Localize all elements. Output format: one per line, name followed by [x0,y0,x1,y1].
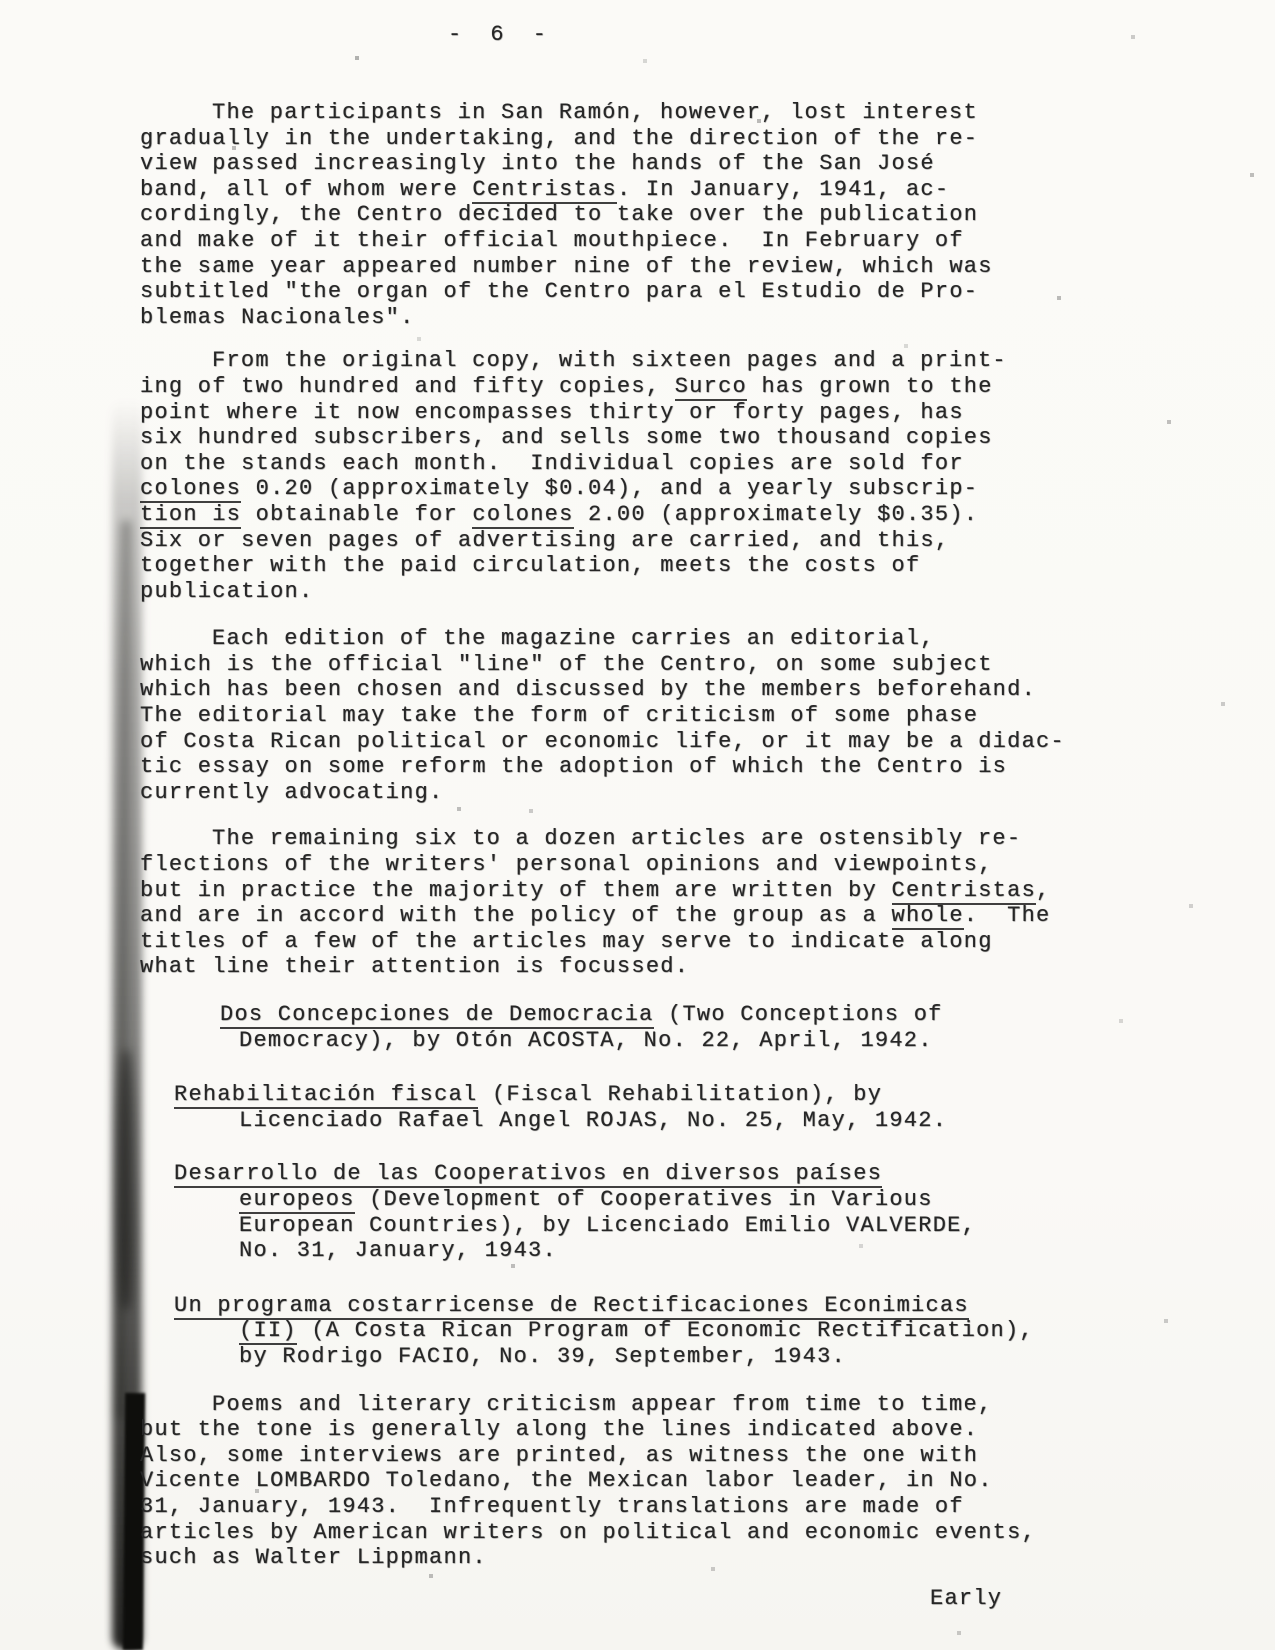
text-segment: cordingly, the Centro decided to take ov… [140,202,978,227]
text-segment: but in practice the majority of them are… [140,878,892,903]
para-editorial: Each edition of the magazine carries an … [140,626,1170,805]
text-segment: . The [964,903,1051,928]
text-line: No. 31, January, 1943. [239,1238,1170,1264]
text-segment: band, all of whom were [140,177,472,202]
text-segment: on the stands each month. Individual cop… [140,451,964,476]
text-line: the same year appeared number nine of th… [140,254,1170,280]
text-line: point where it now encompasses thirty or… [140,400,1170,426]
underlined-text: europeos [239,1187,355,1214]
text-segment: From the original copy, with sixteen pag… [212,348,1007,373]
underlined-text: colones [140,476,241,503]
underlined-text: tion is [140,502,241,529]
text-line: Poems and literary criticism appear from… [140,1392,1170,1418]
text-line: but in practice the majority of them are… [140,878,1170,904]
text-line: colones 0.20 (approximately $0.04), and … [140,476,1170,502]
text-line: ing of two hundred and fifty copies, Sur… [140,374,1170,400]
text-line: and are in accord with the policy of the… [140,903,1170,929]
text-segment: point where it now encompasses thirty or… [140,400,964,425]
text-line: Democracy), by Otón ACOSTA, No. 22, Apri… [239,1028,1170,1054]
text-line: which is the official "line" of the Cent… [140,652,1170,678]
text-segment: obtainable for [241,502,472,527]
text-segment: view passed increasingly into the hands … [140,151,935,176]
text-segment: which has been chosen and discussed by t… [140,677,1036,702]
text-segment: but the tone is generally along the line… [140,1417,978,1442]
text-segment: Licenciado Rafael Angel ROJAS, No. 25, M… [239,1108,947,1133]
text-segment: 0.20 (approximately $0.04), and a yearly… [241,476,978,501]
text-segment: (Development of Cooperatives in Various [355,1187,933,1212]
item-rehabilitacion: Rehabilitación fiscal (Fiscal Rehabilita… [174,1082,1170,1133]
text-segment: blemas Nacionales". [140,305,415,330]
text-line: titles of a few of the articles may serv… [140,929,1170,955]
text-line: such as Walter Lippmann. [140,1545,1170,1571]
text-line: 31, January, 1943. Infrequently translat… [140,1494,1170,1520]
text-segment: Six or seven pages of advertising are ca… [140,528,949,553]
text-segment: articles by American writers on politica… [140,1520,1036,1545]
text-line: articles by American writers on politica… [140,1520,1170,1546]
text-segment: European Countries), by Licenciado Emili… [239,1213,976,1238]
para-articles: The remaining six to a dozen articles ar… [140,826,1170,980]
text-line: view passed increasingly into the hands … [140,151,1170,177]
item-cooperativas: Desarrollo de las Cooperativos en divers… [174,1161,1170,1263]
text-segment: currently advocating. [140,780,444,805]
page-number: - 6 - [448,22,554,48]
binding-shadow-blob [118,1050,134,1310]
text-segment: The editorial may take the form of criti… [140,703,978,728]
text-segment: (Fiscal Rehabilitation), by [478,1082,883,1107]
text-line: Un programa costarricense de Rectificaci… [174,1293,1170,1319]
text-line: Desarrollo de las Cooperativos en divers… [174,1161,1170,1187]
text-line: gradually in the undertaking, and the di… [140,126,1170,152]
text-segment: The remaining six to a dozen articles ar… [212,826,1021,851]
text-line: flections of the writers' personal opini… [140,852,1170,878]
text-segment: has grown to the [747,374,993,399]
text-line: Dos Concepciones de Democracia (Two Conc… [220,1002,1170,1028]
text-segment: (A Costa Rican Program of Economic Recti… [297,1318,1034,1343]
text-line: European Countries), by Licenciado Emili… [239,1213,1170,1239]
text-segment: No. 31, January, 1943. [239,1238,557,1263]
text-line: subtitled "the organ of the Centro para … [140,279,1170,305]
text-segment: 2.00 (approximately $0.35). [574,502,979,527]
text-segment: and are in accord with the policy of the… [140,903,892,928]
text-line: Vicente LOMBARDO Toledano, the Mexican l… [140,1468,1170,1494]
text-segment: . In January, 1941, ac- [617,177,949,202]
underlined-text: whole [892,903,964,930]
underlined-text: Rehabilitación fiscal [174,1082,478,1109]
text-line: which has been chosen and discussed by t… [140,677,1170,703]
text-line: blemas Nacionales". [140,305,1170,331]
text-line: tion is obtainable for colones 2.00 (app… [140,502,1170,528]
text-segment: such as Walter Lippmann. [140,1545,487,1570]
underlined-text: Centristas [892,878,1037,905]
author-signature: Early [930,1586,1002,1612]
text-segment: what line their attention is focussed. [140,954,689,979]
text-line: currently advocating. [140,780,1170,806]
item-democracia: Dos Concepciones de Democracia (Two Conc… [174,1002,1170,1053]
text-segment: Also, some interviews are printed, as wi… [140,1443,978,1468]
text-segment: (Two Conceptions of [654,1002,943,1027]
text-segment: Each edition of the magazine carries an … [212,626,935,651]
text-line: tic essay on some reform the adoption of… [140,754,1170,780]
text-line: together with the paid circulation, meet… [140,553,1170,579]
text-line: what line their attention is focussed. [140,954,1170,980]
text-line: From the original copy, with sixteen pag… [140,348,1170,374]
text-segment: titles of a few of the articles may serv… [140,929,993,954]
text-line: Licenciado Rafael Angel ROJAS, No. 25, M… [239,1108,1170,1134]
text-line: cordingly, the Centro decided to take ov… [140,202,1170,228]
text-line: europeos (Development of Cooperatives in… [239,1187,1170,1213]
document-body: The participants in San Ramón, however, … [140,100,1170,1571]
text-segment: subtitled "the organ of the Centro para … [140,279,978,304]
text-line: Rehabilitación fiscal (Fiscal Rehabilita… [174,1082,1170,1108]
text-line: band, all of whom were Centristas. In Ja… [140,177,1170,203]
text-segment: The participants in San Ramón, however, … [212,100,978,125]
text-segment: 31, January, 1943. Infrequently translat… [140,1494,964,1519]
underlined-text: Un programa costarricense de Rectificaci… [174,1293,969,1320]
text-line: six hundred subscribers, and sells some … [140,425,1170,451]
document-page: - 6 - The participants in San Ramón, how… [0,0,1275,1650]
text-line: on the stands each month. Individual cop… [140,451,1170,477]
text-line: The participants in San Ramón, however, … [140,100,1170,126]
scan-noise [0,0,2,2]
text-line: (II) (A Costa Rican Program of Economic … [239,1318,1170,1344]
text-line: and make of it their official mouthpiece… [140,228,1170,254]
text-segment: gradually in the undertaking, and the di… [140,126,978,151]
text-line: publication. [140,579,1170,605]
text-line: The editorial may take the form of criti… [140,703,1170,729]
underlined-text: Dos Concepciones de Democracia [220,1002,654,1029]
text-line: but the tone is generally along the line… [140,1417,1170,1443]
para-surco: From the original copy, with sixteen pag… [140,348,1170,604]
para-poems: Poems and literary criticism appear from… [140,1392,1170,1571]
item-programa: Un programa costarricense de Rectificaci… [174,1293,1170,1370]
text-segment: and make of it their official mouthpiece… [140,228,964,253]
para-san-ramon: The participants in San Ramón, however, … [140,100,1170,330]
text-segment: tic essay on some reform the adoption of… [140,754,1007,779]
text-segment: the same year appeared number nine of th… [140,254,993,279]
underlined-text: colones [472,502,573,529]
text-segment: which is the official "line" of the Cent… [140,652,993,677]
text-segment: , [1036,878,1050,903]
underlined-text: (II) [239,1318,297,1345]
text-segment: flections of the writers' personal opini… [140,852,993,877]
underlined-text: Centristas [472,177,617,204]
text-segment: of Costa Rican political or economic lif… [140,729,1065,754]
text-line: Each edition of the magazine carries an … [140,626,1170,652]
text-line: of Costa Rican political or economic lif… [140,729,1170,755]
text-segment: Poems and literary criticism appear from… [212,1392,992,1417]
underlined-text: Surco [675,374,747,401]
text-segment: together with the paid circulation, meet… [140,553,920,578]
text-line: by Rodrigo FACIO, No. 39, September, 194… [239,1344,1170,1370]
underlined-text: Desarrollo de las Cooperativos en divers… [174,1161,882,1188]
text-segment: Vicente LOMBARDO Toledano, the Mexican l… [140,1468,993,1493]
text-segment: ing of two hundred and fifty copies, [140,374,675,399]
text-line: The remaining six to a dozen articles ar… [140,826,1170,852]
text-segment: publication. [140,579,313,604]
text-line: Six or seven pages of advertising are ca… [140,528,1170,554]
text-segment: by Rodrigo FACIO, No. 39, September, 194… [239,1344,846,1369]
text-line: Also, some interviews are printed, as wi… [140,1443,1170,1469]
text-segment: six hundred subscribers, and sells some … [140,425,993,450]
text-segment: Democracy), by Otón ACOSTA, No. 22, Apri… [239,1028,933,1053]
